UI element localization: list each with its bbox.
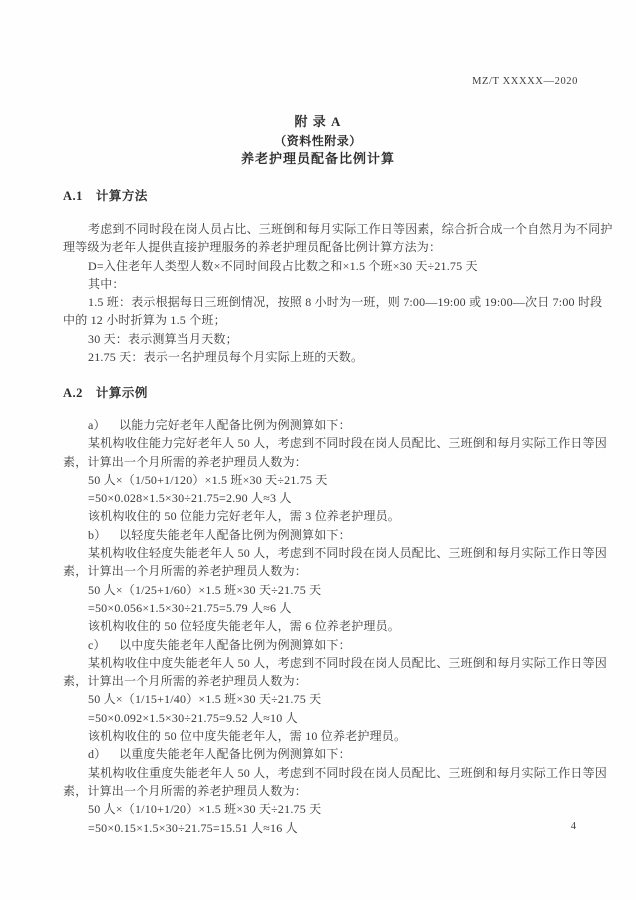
a1-intro-line2: 理等级为老年人提供直接护理服务的养老护理员配备比例计算方法为： bbox=[63, 238, 583, 256]
example-d-result: =50×0.15×1.5×30÷21.75=15.51 人≈16 人 bbox=[63, 819, 583, 837]
a1-among-label: 其中： bbox=[63, 275, 583, 293]
section-a1-title: 计算方法 bbox=[96, 189, 148, 203]
section-a2-number: A.2 bbox=[63, 386, 83, 400]
appendix-label: 附 录 A bbox=[0, 113, 636, 132]
example-c-desc-line1: 某机构收住中度失能老年人 50 人，考虑到不同时段在岗人员配比、三班倒和每月实际… bbox=[63, 654, 583, 672]
appendix-title: 养老护理员配备比例计算 bbox=[0, 150, 636, 169]
example-b-item-line: b）以轻度失能老年人配备比例为例测算如下： bbox=[63, 526, 583, 544]
example-d-label: d） bbox=[88, 745, 110, 763]
section-a2-body: a）以能力完好老年人配备比例为例测算如下： 某机构收住能力完好老年人 50 人，… bbox=[63, 416, 583, 837]
example-c-intro: 以中度失能老年人配备比例为例测算如下： bbox=[119, 638, 351, 652]
example-b-desc-line1: 某机构收住轻度失能老年人 50 人，考虑到不同时段在岗人员配比、三班倒和每月实际… bbox=[63, 544, 583, 562]
a1-def-shift-line1: 1.5 班：表示根据每日三班倒情况，按照 8 小时为一班，则 7:00—19:0… bbox=[63, 293, 583, 311]
example-b-label: b） bbox=[88, 526, 110, 544]
section-a1-body: 考虑到不同时段在岗人员占比、三班倒和每月实际工作日等因素，综合折合成一个自然月为… bbox=[63, 220, 583, 366]
example-a-formula: 50 人×（1/50+1/120）×1.5 班×30 天÷21.75 天 bbox=[63, 471, 583, 489]
section-a1-number: A.1 bbox=[63, 189, 83, 203]
appendix-type: （资料性附录） bbox=[0, 132, 636, 151]
example-b-formula: 50 人×（1/25+1/60）×1.5 班×30 天÷21.75 天 bbox=[63, 581, 583, 599]
example-a-desc-line1: 某机构收住能力完好老年人 50 人，考虑到不同时段在岗人员配比、三班倒和每月实际… bbox=[63, 434, 583, 452]
example-b-result: =50×0.056×1.5×30÷21.75=5.79 人≈6 人 bbox=[63, 599, 583, 617]
a1-intro-line1: 考虑到不同时段在岗人员占比、三班倒和每月实际工作日等因素，综合折合成一个自然月为… bbox=[63, 220, 583, 238]
appendix-title-block: 附 录 A （资料性附录） 养老护理员配备比例计算 bbox=[0, 113, 636, 169]
example-c: c）以中度失能老年人配备比例为例测算如下： 某机构收住中度失能老年人 50 人，… bbox=[63, 636, 583, 746]
example-d-intro: 以重度失能老年人配备比例为例测算如下： bbox=[119, 747, 351, 761]
example-c-desc-line2: 素，计算出一个月所需的养老护理员人数为： bbox=[63, 672, 583, 690]
standard-number-header: MZ/T XXXXX—2020 bbox=[472, 76, 578, 87]
example-b-conclusion: 该机构收住的 50 位轻度失能老年人，需 6 位养老护理员。 bbox=[63, 617, 583, 635]
example-a-label: a） bbox=[88, 416, 110, 434]
example-c-item-line: c）以中度失能老年人配备比例为例测算如下： bbox=[63, 636, 583, 654]
page-number: 4 bbox=[571, 821, 576, 832]
example-c-formula: 50 人×（1/15+1/40）×1.5 班×30 天÷21.75 天 bbox=[63, 690, 583, 708]
document-page: MZ/T XXXXX—2020 附 录 A （资料性附录） 养老护理员配备比例计… bbox=[0, 0, 636, 900]
example-d-desc-line1: 某机构收住重度失能老年人 50 人，考虑到不同时段在岗人员配比、三班倒和每月实际… bbox=[63, 764, 583, 782]
example-a-item-line: a）以能力完好老年人配备比例为例测算如下： bbox=[63, 416, 583, 434]
a1-def-work-days: 21.75 天：表示一名护理员每个月实际上班的天数。 bbox=[63, 348, 583, 366]
section-a1-heading: A.1计算方法 bbox=[63, 186, 148, 204]
example-b-intro: 以轻度失能老年人配备比例为例测算如下： bbox=[119, 528, 351, 542]
example-d-desc-line2: 素，计算出一个月所需的养老护理员人数为： bbox=[63, 782, 583, 800]
example-a-conclusion: 该机构收住的 50 位能力完好老年人，需 3 位养老护理员。 bbox=[63, 507, 583, 525]
a1-formula: D=入住老年人类型人数×不同时间段占比数之和×1.5 个班×30 天÷21.75… bbox=[63, 257, 583, 275]
a1-def-shift-line2: 中的 12 小时折算为 1.5 个班； bbox=[63, 311, 583, 329]
example-b: b）以轻度失能老年人配备比例为例测算如下： 某机构收住轻度失能老年人 50 人，… bbox=[63, 526, 583, 636]
section-a2-heading: A.2计算示例 bbox=[63, 383, 148, 401]
example-a-result: =50×0.028×1.5×30÷21.75=2.90 人≈3 人 bbox=[63, 489, 583, 507]
example-c-label: c） bbox=[88, 636, 110, 654]
example-d-formula: 50 人×（1/10+1/20）×1.5 班×30 天÷21.75 天 bbox=[63, 800, 583, 818]
section-a2-title: 计算示例 bbox=[96, 386, 148, 400]
example-d: d）以重度失能老年人配备比例为例测算如下： 某机构收住重度失能老年人 50 人，… bbox=[63, 745, 583, 836]
example-b-desc-line2: 素，计算出一个月所需的养老护理员人数为： bbox=[63, 562, 583, 580]
a1-def-month-days: 30 天：表示测算当月天数； bbox=[63, 330, 583, 348]
example-d-item-line: d）以重度失能老年人配备比例为例测算如下： bbox=[63, 745, 583, 763]
example-c-conclusion: 该机构收住的 50 位中度失能老年人，需 10 位养老护理员。 bbox=[63, 727, 583, 745]
example-a-desc-line2: 素，计算出一个月所需的养老护理员人数为： bbox=[63, 453, 583, 471]
example-c-result: =50×0.092×1.5×30÷21.75=9.52 人≈10 人 bbox=[63, 709, 583, 727]
example-a: a）以能力完好老年人配备比例为例测算如下： 某机构收住能力完好老年人 50 人，… bbox=[63, 416, 583, 526]
example-a-intro: 以能力完好老年人配备比例为例测算如下： bbox=[119, 418, 351, 432]
